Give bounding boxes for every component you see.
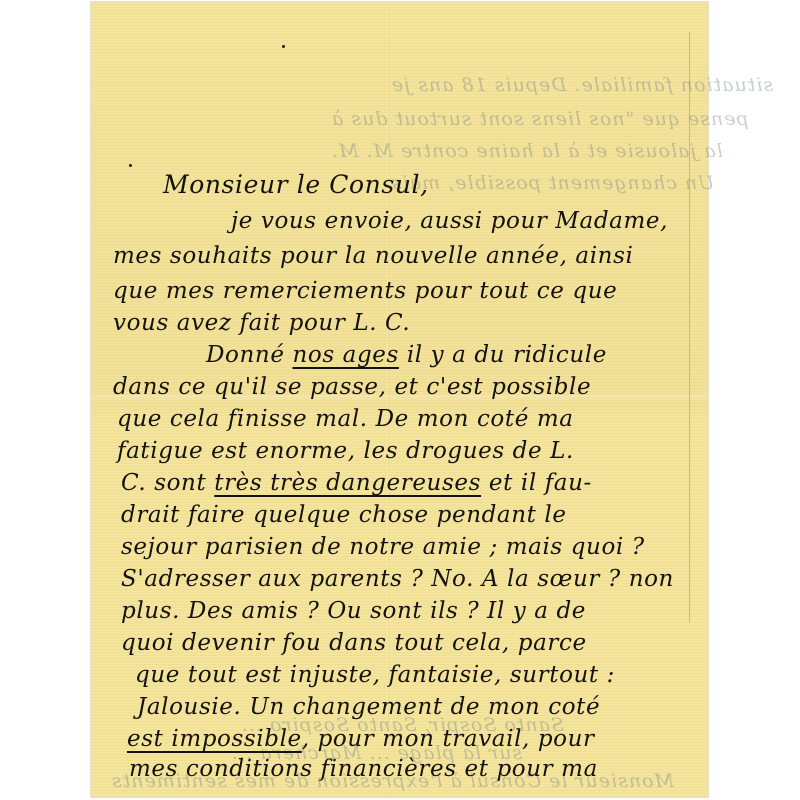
letter-line: sejour parisien de notre amie ; mais quo… [121, 534, 645, 560]
letter-line: vous avez fait pour L. C. [113, 310, 410, 336]
ink-dot [282, 45, 285, 48]
text-span: et il fau- [489, 470, 592, 496]
underlined-text: très très dangereuses [214, 470, 481, 496]
letter-line: Jalousie. Un changement de mon coté [137, 694, 600, 720]
underlined-text: est impossible [127, 726, 302, 752]
text-span: il y a du ridicule [407, 342, 607, 368]
text-span: C. sont [121, 470, 206, 496]
letter-line: Donné nos ages il y a du ridicule [206, 342, 607, 368]
text-span: , pour mon travail, pour [302, 726, 595, 752]
ink-dot [129, 164, 132, 167]
letter-line: que tout est injuste, fantaisie, surtout… [135, 662, 615, 688]
letter-line: S'adresser aux parents ? No. A la sœur ?… [121, 566, 674, 592]
letter-line: C. sont très très dangereuses et il fau- [121, 470, 592, 496]
letter-line: mes souhaits pour la nouvelle année, ain… [113, 243, 633, 269]
letter-line: fatigue est enorme, les drogues de L. [117, 438, 574, 464]
letter-line: que cela finisse mal. De mon coté ma [117, 406, 574, 432]
show-through-line: pense que "nos liens sont surtout dus à [331, 108, 749, 130]
letter-line: plus. Des amis ? Ou sont ils ? Il y a de [121, 598, 586, 624]
text-span: Donné [206, 342, 285, 368]
salutation: Monsieur le Consul, [163, 170, 429, 199]
letter-line: quoi devenir fou dans tout cela, parce [121, 630, 587, 656]
letter-line: drait faire quelque chose pendant le [121, 502, 567, 528]
underlined-text: nos ages [292, 342, 398, 368]
show-through-line: situation familiale. Depuis 18 ans je [391, 74, 773, 96]
letter-line: je vous envoie, aussi pour Madame, [231, 208, 668, 234]
letter-line: que mes remerciements pour tout ce que [113, 278, 617, 304]
letter-line: mes conditions financières et pour ma [129, 756, 598, 782]
show-through-line: la jalousie et à la haine contre M. M. [331, 140, 723, 162]
letter-line: dans ce qu'il se passe, et c'est possibl… [113, 374, 591, 400]
letter-line: est impossible, pour mon travail, pour [127, 726, 595, 752]
letter-paper: situation familiale. Depuis 18 ans je pe… [91, 2, 708, 797]
show-through-line: Un changement possible, mais [391, 172, 714, 194]
